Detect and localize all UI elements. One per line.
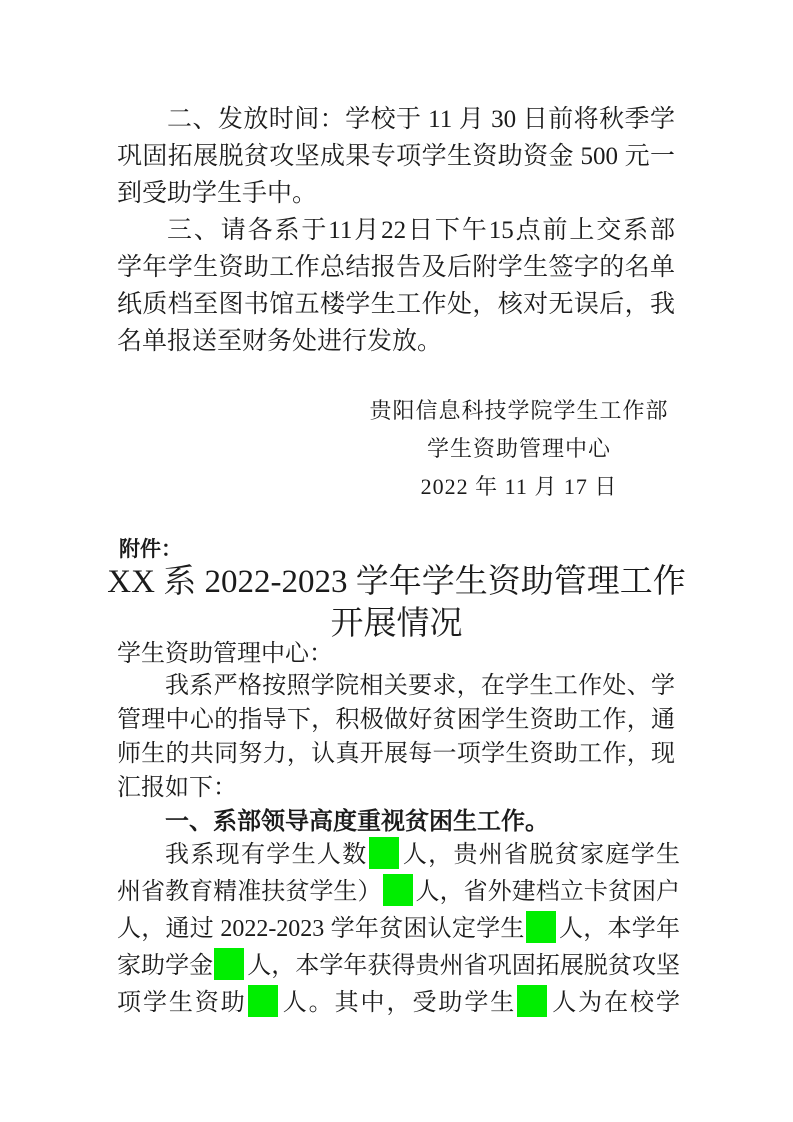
text-line: 名单报送至财务处进行发放。: [117, 323, 675, 360]
text-line: 家助学金人，本学年获得贵州省巩固拓展脱贫攻坚成果专: [117, 948, 680, 985]
stats-paragraph: 我系现有学生人数人，贵州省脱贫家庭学生（原贵州省教育精准扶贫学生）人，省外建档立…: [117, 837, 680, 1022]
text-line: 我系现有学生人数人，贵州省脱贫家庭学生（原贵: [117, 837, 680, 874]
text-line: 纸质档至图书馆五楼学生工作处，核对无误后，我处将最终: [117, 286, 675, 323]
document-page: 二、发放时间：学校于 11 月 30 日前将秋季学期贵州省巩固拓展脱贫攻坚成果专…: [0, 0, 793, 1122]
notice-body-paragraphs: 二、发放时间：学校于 11 月 30 日前将秋季学期贵州省巩固拓展脱贫攻坚成果专…: [117, 101, 675, 360]
signature-center: 学生资助管理中心: [368, 430, 670, 468]
signature-block: 贵阳信息科技学院学生工作部 学生资助管理中心 2022 年 11 月 17 日: [368, 392, 670, 506]
text-line: 学年学生资助工作总结报告及后附学生签字的名单核对表: [117, 249, 675, 286]
text-line: 汇报如下：: [117, 771, 675, 805]
text-line: 管理中心的指导下，积极做好贫困学生资助工作，通过全系: [117, 703, 675, 737]
text-line: 我系严格按照学院相关要求，在学生工作处、学生资助: [117, 669, 675, 703]
signature-department: 贵阳信息科技学院学生工作部: [368, 392, 670, 430]
redaction-highlight: [369, 837, 399, 869]
text-line: 师生的共同努力，认真开展每一项学生资助工作，现将工作: [117, 737, 675, 771]
attachment-label: 附件：: [119, 537, 182, 563]
text-line: 二、发放时间：学校于 11 月 30 日前将秋季学期贵州省: [117, 101, 675, 138]
intro-paragraph: 我系严格按照学院相关要求，在学生工作处、学生资助管理中心的指导下，积极做好贫困学…: [117, 669, 675, 839]
redaction-highlight: [248, 985, 278, 1017]
text-line: 州省教育精准扶贫学生）人，省外建档立卡贫困户学生: [117, 874, 680, 911]
redaction-highlight: [383, 874, 413, 906]
text-line: 人，通过 2022-2023 学年贫困认定学生人，本学年获得国: [117, 911, 680, 948]
attachment-title: XX 系 2022-2023 学年学生资助管理工作 开展情况: [100, 561, 693, 645]
salutation-line: 学生资助管理中心：: [117, 638, 333, 670]
section-1-heading: 一、系部领导高度重视贫困生工作。: [117, 805, 675, 839]
redaction-highlight: [517, 985, 547, 1017]
text-line: 巩固拓展脱贫攻坚成果专项学生资助资金 500 元一次性发放: [117, 138, 675, 175]
text-line: 到受助学生手中。: [117, 175, 675, 212]
text-line: 项学生资助人。其中，受助学生人为在校学生，截止目: [117, 985, 680, 1022]
text-line: 三、请各系于11月22日下午15点前上交系部2022-2023: [117, 212, 675, 249]
signature-date: 2022 年 11 月 17 日: [368, 468, 670, 506]
redaction-highlight: [526, 911, 556, 943]
attachment-title-line1: XX 系 2022-2023 学年学生资助管理工作: [100, 561, 693, 603]
redaction-highlight: [214, 948, 244, 980]
